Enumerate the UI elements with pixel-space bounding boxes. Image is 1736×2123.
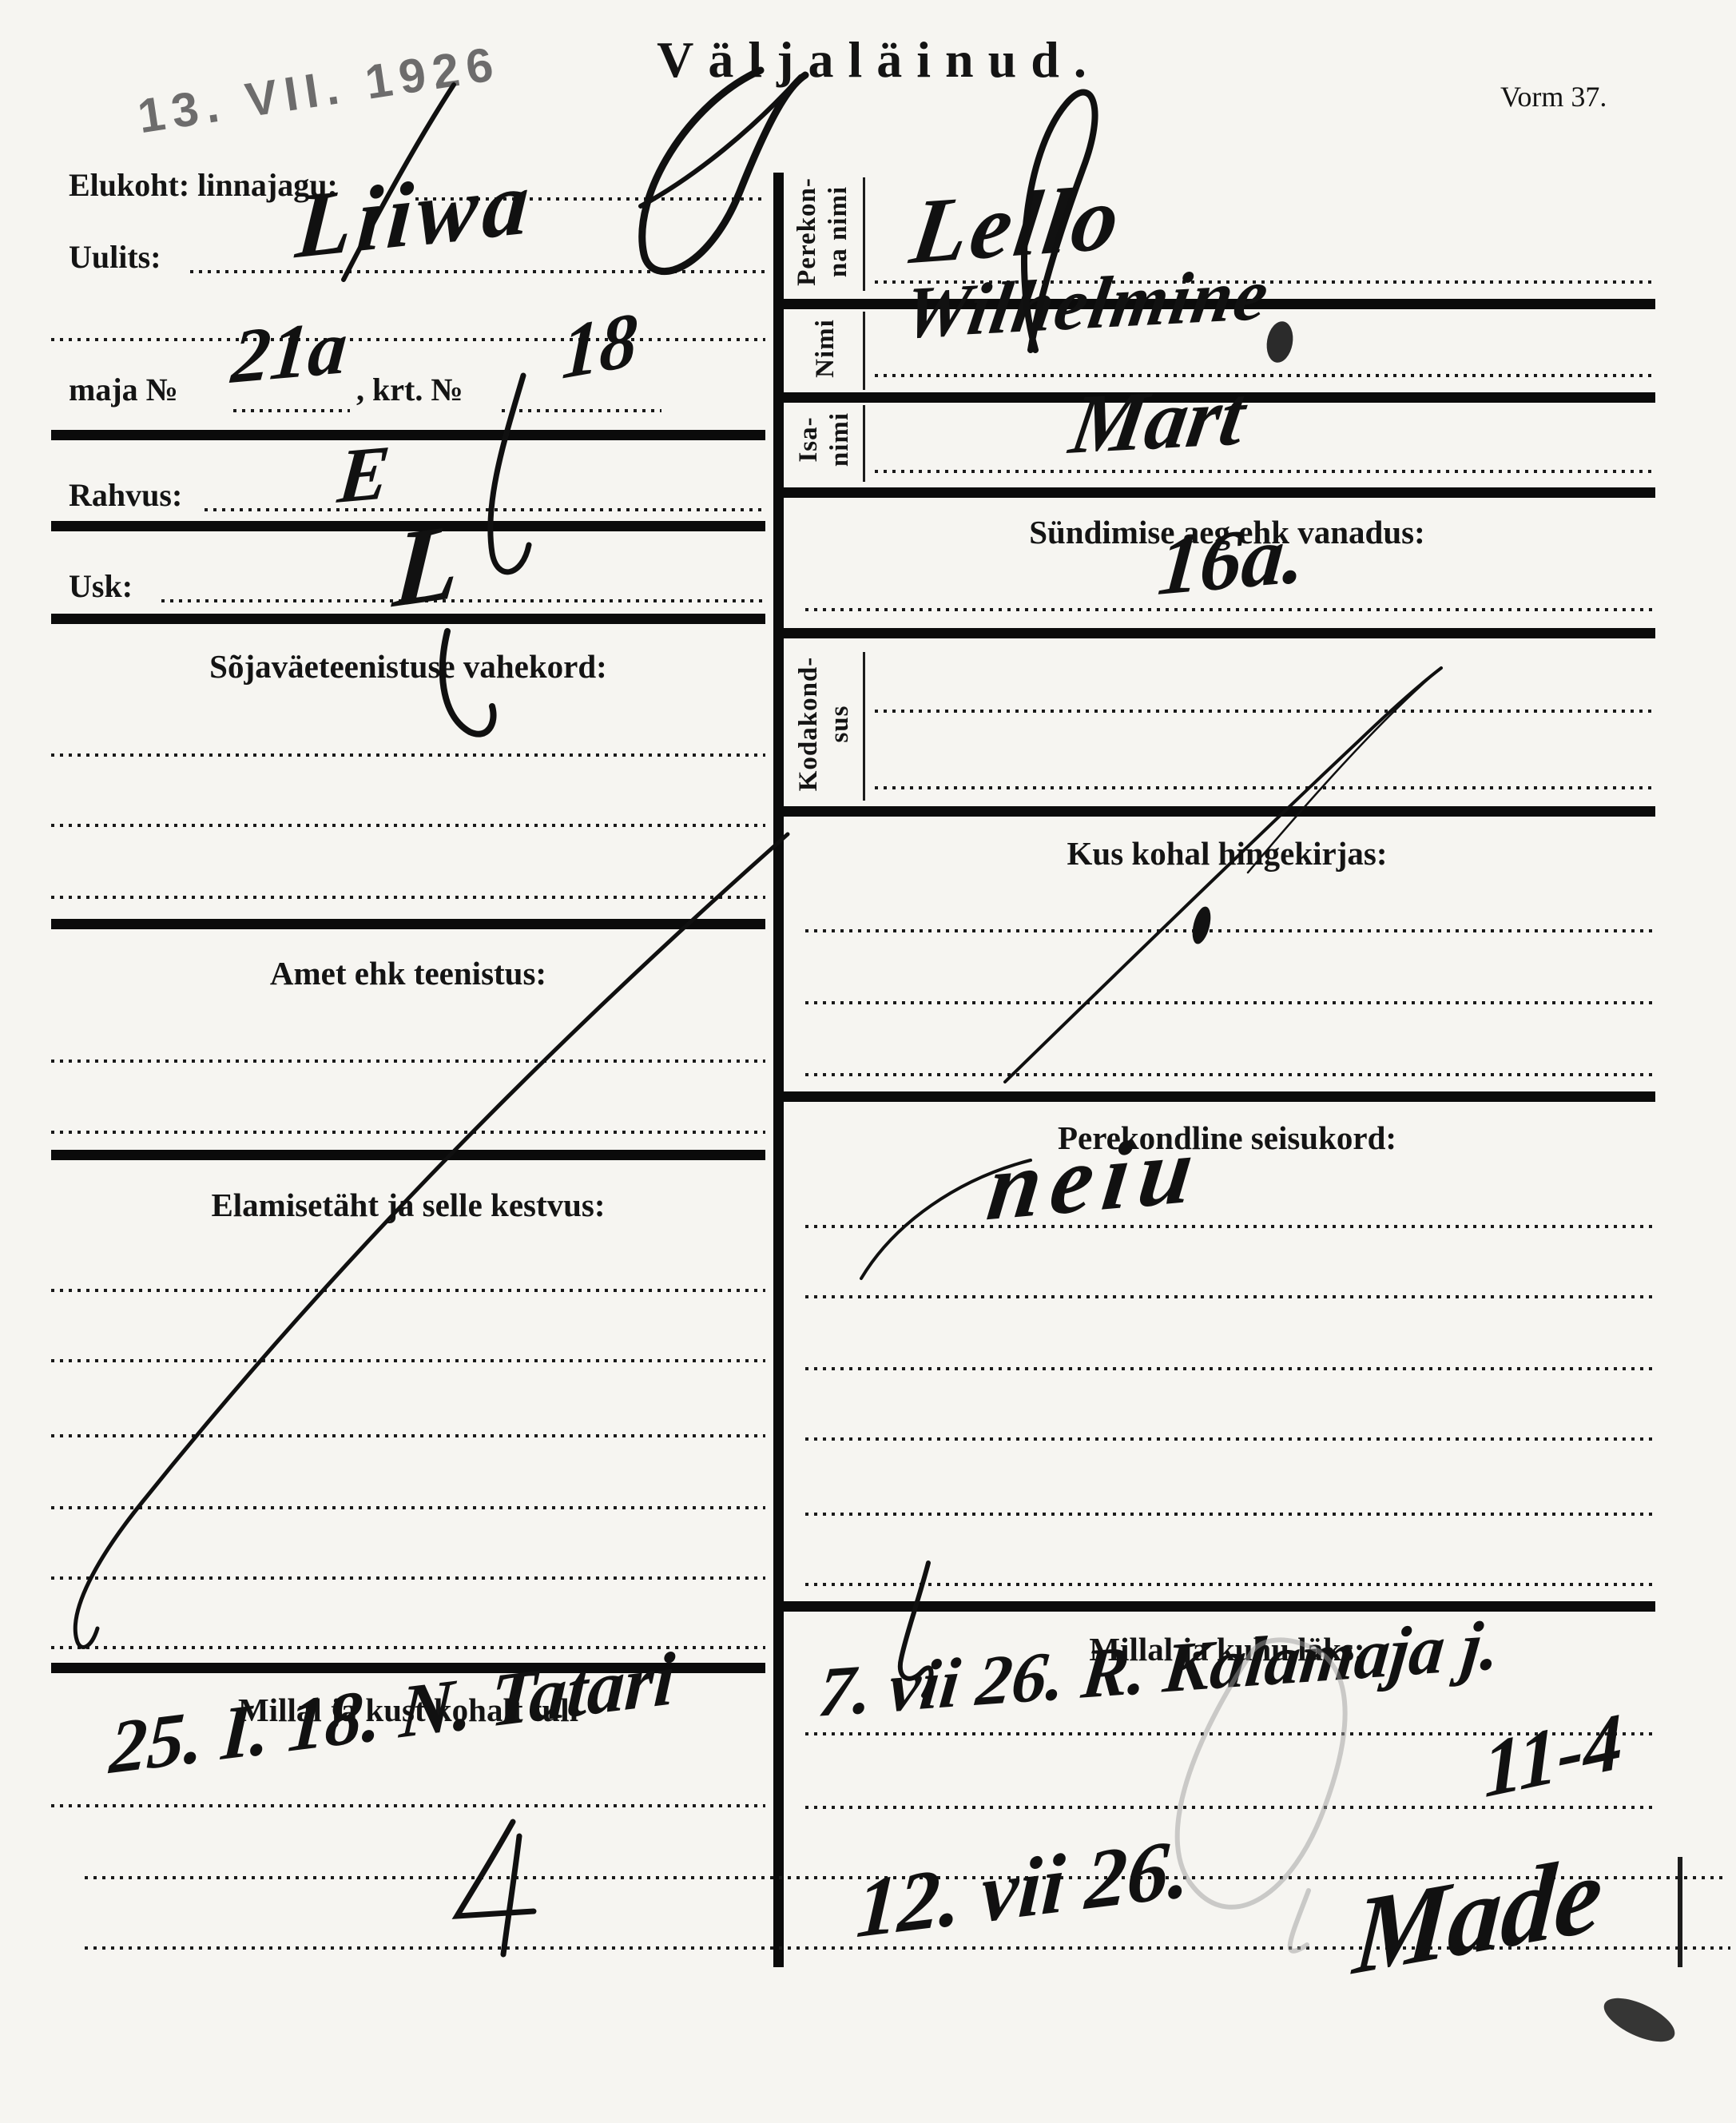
dotted-line [51, 1289, 765, 1292]
section-rule [51, 919, 765, 929]
section-rule [773, 1601, 1655, 1612]
hingekirjas-header: Kus kohal hingekirjas: [799, 834, 1655, 873]
kodakondsus-label-line1: Kodakond- [793, 640, 824, 808]
dotted-line [805, 929, 1654, 932]
kodakondsus-label: Kodakond- sus [793, 640, 856, 808]
hingekirjas-ink-mark [1189, 904, 1214, 945]
column-divider-line [773, 173, 784, 1967]
rahvus-label: Rahvus: [69, 476, 182, 514]
nimi-label: Nimi [810, 304, 842, 392]
dotted-line [805, 1437, 1654, 1441]
clerk-signature: Made [1350, 1838, 1606, 1992]
isanimi-label-line2: nimi [824, 396, 856, 483]
dotted-line [205, 508, 765, 511]
pencil-scribble-tail-stroke [1290, 1890, 1309, 1951]
section-rule [773, 628, 1655, 638]
scan-edge-line [1678, 1857, 1682, 1967]
dotted-line [805, 1001, 1654, 1004]
registration-card: Väljaläinud. Vorm 37. 13. VII. 1926 Eluk… [0, 0, 1736, 2123]
dotted-line [51, 338, 765, 341]
dotted-line [51, 824, 765, 827]
dotted-line [875, 374, 1654, 377]
dotted-line [51, 1359, 765, 1362]
page-title: Väljaläinud. [527, 30, 1230, 89]
usk-value: L [390, 507, 463, 626]
left-diagonal-hook-stroke [77, 1628, 97, 1647]
dotted-line [805, 1367, 1654, 1370]
sundimise-value: 16a. [1155, 511, 1309, 608]
dotted-line [190, 270, 765, 273]
dotted-line [805, 1513, 1654, 1516]
dotted-line [805, 1073, 1654, 1076]
dotted-line [51, 1434, 765, 1437]
dotted-line [875, 470, 1654, 473]
dotted-line [161, 599, 765, 602]
uulits-label: Uulits: [69, 238, 161, 276]
elukoht-label: Elukoht: linnajagu: [69, 166, 338, 204]
section-rule [773, 806, 1655, 817]
maja-value: 21a [229, 308, 351, 396]
usk-label: Usk: [69, 567, 133, 605]
kodakondsus-label-line2: sus [824, 640, 856, 808]
perekonnanimi-label-line2: na nimi [823, 164, 854, 300]
section-rule [51, 1150, 765, 1160]
dotted-line [805, 1225, 1654, 1228]
seisukord-header: Perekondline seisukord: [799, 1119, 1655, 1157]
isanimi-value: Mart [1065, 373, 1250, 467]
dotted-line [805, 608, 1654, 611]
signature-ink-blot [1598, 1990, 1681, 2051]
dotted-line [51, 1506, 765, 1509]
label-separator-line [863, 177, 865, 291]
laks-value-line1: 7. vii 26. R. Kalamaja j. [816, 1610, 1503, 1728]
dotted-line [502, 409, 661, 412]
section-rule [773, 487, 1655, 498]
date-stamp: 13. VII. 1926 [134, 35, 503, 144]
dotted-line [805, 1583, 1654, 1586]
maja-number-label: maja № [69, 371, 178, 408]
right-diagonal-stroke [1005, 668, 1441, 1082]
form-number: Vorm 37. [1500, 80, 1607, 113]
dotted-line [233, 409, 350, 412]
elamisetaht-header: Elamisetäht ja selle kestvus: [51, 1186, 765, 1224]
label-separator-line [863, 312, 865, 390]
isanimi-label: Isa- nimi [793, 396, 856, 483]
dotted-line [51, 896, 765, 899]
nimi-value: Wilhelmine [899, 256, 1274, 350]
laks-value-line2: 11-4 [1482, 1700, 1623, 1811]
dotted-line [805, 1295, 1654, 1298]
perekonnanimi-label-line1: Perekon- [792, 164, 823, 300]
korter-number-label: , krt. № [356, 371, 463, 408]
rahvus-value: E [336, 433, 393, 515]
section-rule [51, 430, 765, 440]
dotted-line [875, 786, 1654, 789]
dotted-line [51, 1576, 765, 1580]
nimi-label-line1: Nimi [810, 304, 841, 392]
dotted-line [51, 1804, 765, 1807]
dotted-line [51, 1131, 765, 1134]
dotted-line [51, 753, 765, 757]
section-rule [773, 1091, 1655, 1102]
seisukord-value: neiu [983, 1120, 1208, 1236]
perekonnanimi-label: Perekon- na nimi [792, 164, 854, 300]
nimi-correction-blot [1264, 320, 1297, 365]
maja-descender-stroke [491, 376, 529, 572]
amet-header: Amet ehk teenistus: [51, 954, 765, 992]
label-separator-line [863, 405, 865, 482]
dotted-line [51, 1060, 765, 1063]
krt-value: 18 [561, 300, 639, 392]
isanimi-label-line1: Isa- [793, 396, 824, 483]
uulits-value: Liiwa [293, 155, 537, 273]
tuli-four-stroke [457, 1822, 534, 1954]
dotted-line [875, 710, 1654, 713]
dotted-line [805, 1806, 1654, 1809]
laks-value-line3: 12. vii 26. [854, 1825, 1191, 1951]
sojavae-header: Sõjaväeteenistuse vahekord: [51, 647, 765, 686]
label-separator-line [863, 652, 865, 801]
